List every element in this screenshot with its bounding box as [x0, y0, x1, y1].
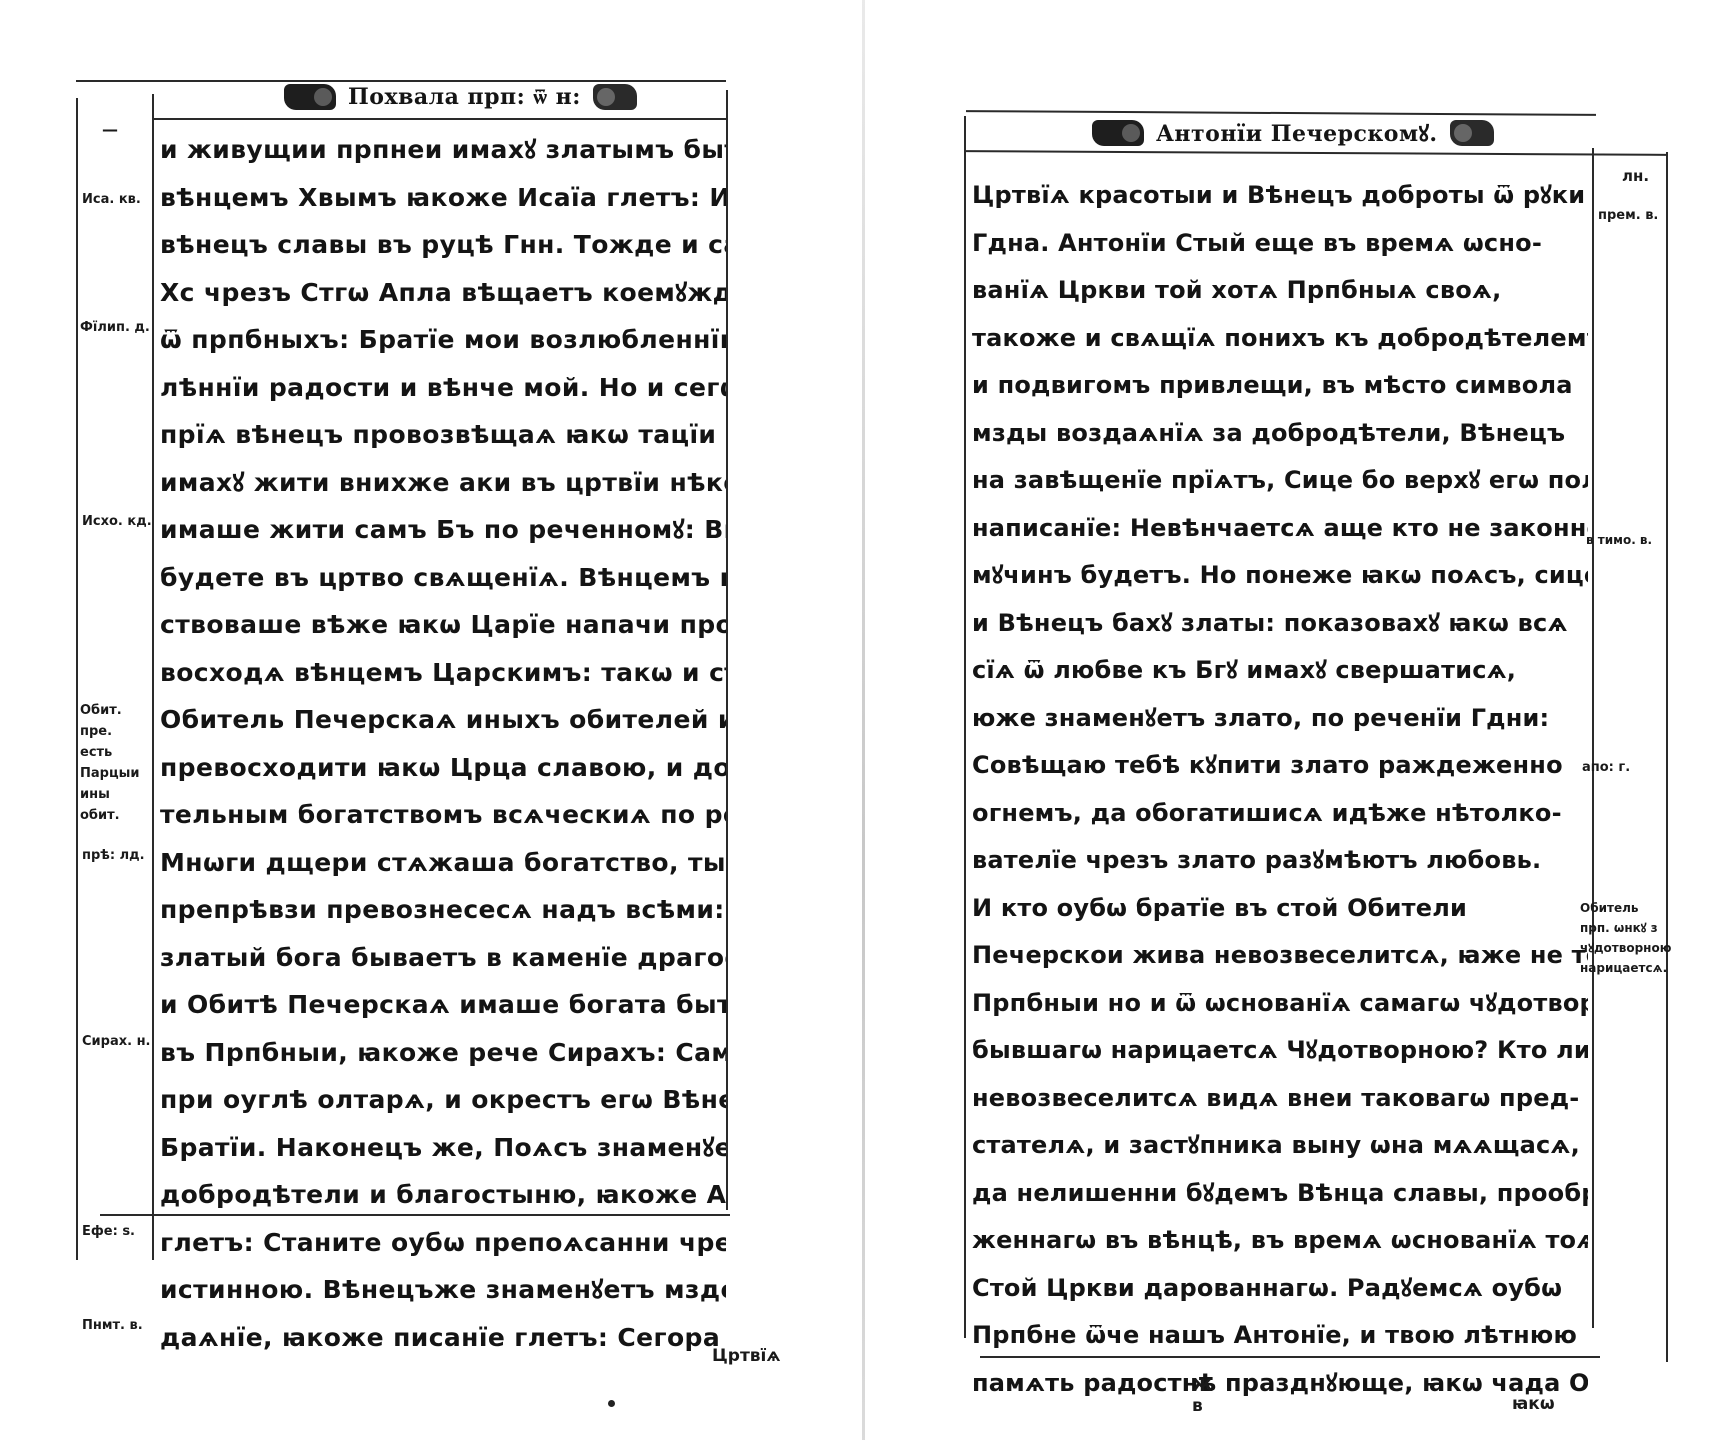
margin-note: Фїлип. д.: [80, 320, 150, 336]
text-line: такоже и свѧщїѧ понихъ къ добродѣтелемъ: [972, 315, 1588, 363]
text-line: даѧнїе, ꙗкоже писанїе глетъ: Сегора днип…: [160, 1314, 726, 1362]
text-line: Цртвїѧ красотыи и Вѣнецъ доброты ѿ рꙋки: [972, 172, 1588, 220]
margin-note: прем. в.: [1598, 208, 1658, 224]
right-text-block: Цртвїѧ красотыи и Вѣнецъ доброты ѿ рꙋки …: [972, 172, 1588, 1407]
text-line: Прпбне ѿче нашъ Антонїе, и твою лѣтнюю: [972, 1312, 1588, 1360]
header-ornament-icon: [284, 84, 336, 110]
text-line: женнагѡ въ вѣнцѣ, въ времѧ ѡснованїѧ тоѧ: [972, 1217, 1588, 1265]
text-line: Хс чрезъ Стгѡ Апла вѣщаетъ коемꙋждо: [160, 269, 726, 317]
margin-note: Обитель прп. ѡнкꙋ з чꙋдотворною нарицает…: [1580, 898, 1664, 978]
right-running-header: Антонїи Печерскомꙋ.: [1092, 118, 1494, 148]
text-line: Братїи. Наконецъ же, Поѧсъ знаменꙋетъ: [160, 1124, 726, 1172]
text-line: и живущии прпнеи имахꙋ златымъ быти: [160, 126, 726, 174]
text-line: будете въ цртво свѧщенїѧ. Вѣнцемъ изве-: [160, 554, 726, 602]
text-line: истинною. Вѣнецъже знаменꙋетъ мздовоз-: [160, 1266, 726, 1314]
text-line: вателїе чрезъ злато разꙋмѣютъ любовь.: [972, 837, 1588, 885]
text-line: прїѧ вѣнецъ провозвѣщаѧ ꙗкѡ тацїи здѣ: [160, 411, 726, 459]
text-line: Печерскои жива невозвеселитсѧ, ꙗже не то…: [972, 932, 1588, 980]
text-line: лѣннїи радости и вѣнче мой. Но и сегѡ ра…: [160, 364, 726, 412]
text-line: мзды воздаѧнїѧ за добродѣтели, Вѣнецъ: [972, 410, 1588, 458]
text-line: на завѣщенїе прїѧтъ, Сице бо верхꙋ егѡ п…: [972, 457, 1588, 505]
left-running-header: Похвала прп: ѿ н:: [284, 84, 637, 110]
left-header-title: Похвала прп: ѿ н:: [348, 84, 581, 110]
text-line: тельным богатствомъ всѧческиѧ по реченно…: [160, 791, 726, 839]
left-catchword: Цртвїѧ: [712, 1346, 781, 1366]
text-line: написанїе: Невѣнчаетсѧ аще кто не законн…: [972, 505, 1588, 553]
right-inner-border: [964, 116, 966, 1338]
text-line: Прпбныи но и ѿ ѡснованїѧ самагѡ чꙋдотвор…: [972, 980, 1588, 1028]
right-outer-border: [1666, 152, 1668, 1362]
text-line: Стой Цркви дарованнагѡ. Радꙋемсѧ оубѡ: [972, 1265, 1588, 1313]
text-line: имаше жити самъ Бъ по реченномꙋ: Вы мнѣ: [160, 506, 726, 554]
text-line: вѣнцемъ Хвымъ ꙗкоже Исаїа глетъ: Ибудеши: [160, 174, 726, 222]
text-line: мꙋчинъ будетъ. Но понеже ꙗкѡ поѧсъ, сице: [972, 552, 1588, 600]
text-line: восходѧ вѣнцемъ Царскимъ: такѡ и стаѧ: [160, 649, 726, 697]
text-line: и Обитѣ Печерскаѧ имаше богата быти: [160, 981, 726, 1029]
text-line: Гдна. Антонїи Стый еще въ времѧ ѡсно-: [972, 220, 1588, 268]
text-line: ѿ прпбныхъ: Братїе мои возлюбленнїи и во…: [160, 316, 726, 364]
text-line: Обитель Печерскаѧ иныхъ обителей имаше: [160, 696, 726, 744]
left-header-rule: [152, 118, 726, 120]
text-line: вѣнецъ славы въ руцѣ Гнн. Тожде и самъ: [160, 221, 726, 269]
text-line: ванїѧ Цркви той хотѧ Прпбныѧ своѧ,: [972, 267, 1588, 315]
margin-note: Ефе: ѕ.: [82, 1224, 135, 1240]
header-ornament-icon: [1450, 120, 1494, 146]
left-margin-border: [152, 94, 154, 1260]
right-margin-border: [1592, 148, 1594, 1328]
text-line: И кто оубѡ братїе въ стой Обители: [972, 885, 1588, 933]
text-line: юже знаменꙋетъ злато, по реченїи Гдни:: [972, 695, 1588, 743]
text-line: Мнѡги дщери стѧжаша богатство, ты же: [160, 839, 726, 887]
header-ornament-icon: [593, 84, 637, 110]
left-top-rule: [76, 80, 726, 82]
signature-mark: Ж в: [1192, 1376, 1213, 1416]
ink-spot: [608, 1400, 615, 1407]
text-line: златый бога бываетъ в каменїе драгое: та…: [160, 934, 726, 982]
text-line: сїѧ ѿ любве къ Бгꙋ имахꙋ свершатисѧ,: [972, 647, 1588, 695]
text-line: имахꙋ жити внихже аки въ цртвїи нѣкое: [160, 459, 726, 507]
header-ornament-icon: [1092, 120, 1144, 146]
text-line: и подвигомъ привлещи, въ мѣсто символа: [972, 362, 1588, 410]
text-line: бывшагѡ нарицаетсѧ Чꙋдотворною? Кто ли: [972, 1027, 1588, 1075]
right-header-rule: [966, 150, 1666, 156]
left-text-block: и живущии прпнеи имахꙋ златымъ быти вѣнц…: [160, 126, 726, 1361]
text-line: невозвеселитсѧ видѧ внеи таковагѡ пред-: [972, 1075, 1588, 1123]
book-gutter: [862, 0, 865, 1440]
text-line: Совѣщаю тебѣ кꙋпити злато раждеженно: [972, 742, 1588, 790]
text-line: при оуглѣ олтарѧ, и окрестъ егѡ Вѣнецъ: [160, 1076, 726, 1124]
text-line: въ Прпбныи, ꙗкоже рече Сирахъ: Сам стоѧ: [160, 1029, 726, 1077]
text-line: и Вѣнецъ бахꙋ златы: показовахꙋ ꙗкѡ всѧ: [972, 600, 1588, 648]
margin-note: Обит. пре. есть Парцыи ины обит.: [80, 700, 148, 826]
right-header-title: Антонїи Печерскомꙋ.: [1156, 118, 1438, 148]
right-top-rule: [966, 110, 1596, 116]
text-line: памѧть радостнѣ празднꙋюще, ꙗкѡ чада Отц…: [972, 1360, 1588, 1408]
margin-note: в тимо. в.: [1586, 532, 1652, 548]
right-catchword: ꙗкѡ: [1512, 1394, 1555, 1414]
margin-note: апо: г.: [1582, 760, 1630, 776]
margin-note: Исхо. кд.: [82, 514, 152, 530]
text-line: стателѧ, и застꙋпника выну ѡна мѧѧщасѧ,: [972, 1122, 1588, 1170]
folio-number: лн.: [1622, 168, 1649, 184]
text-line: огнемъ, да обогатишисѧ идѣже нѣтолко-: [972, 790, 1588, 838]
margin-note: Сирах. н.: [82, 1034, 151, 1050]
margin-note: Иса. кв.: [82, 192, 141, 208]
text-line: ствоваше вѣже ꙗкѡ Царїе напачи прочїи пр…: [160, 601, 726, 649]
text-line: превосходити ꙗкѡ Црца славою, и добродѣ-: [160, 744, 726, 792]
left-inner-border: [726, 90, 728, 1210]
text-line: добродѣтели и благостыню, ꙗкоже Апостолъ: [160, 1171, 726, 1219]
margin-note: —: [102, 122, 118, 138]
text-line: глетъ: Станите оубѡ препоѧсанни чресла в…: [160, 1219, 726, 1267]
left-outer-border: [76, 98, 78, 1260]
text-line: препрѣвзи превознесесѧ надъ всѣми: И ꙗкѡ…: [160, 886, 726, 934]
margin-note: прѣ: лд.: [82, 848, 145, 864]
text-line: да нелишенни бꙋдемъ Вѣнца славы, прообра…: [972, 1170, 1588, 1218]
margin-note: Пнмт. в.: [82, 1318, 143, 1334]
